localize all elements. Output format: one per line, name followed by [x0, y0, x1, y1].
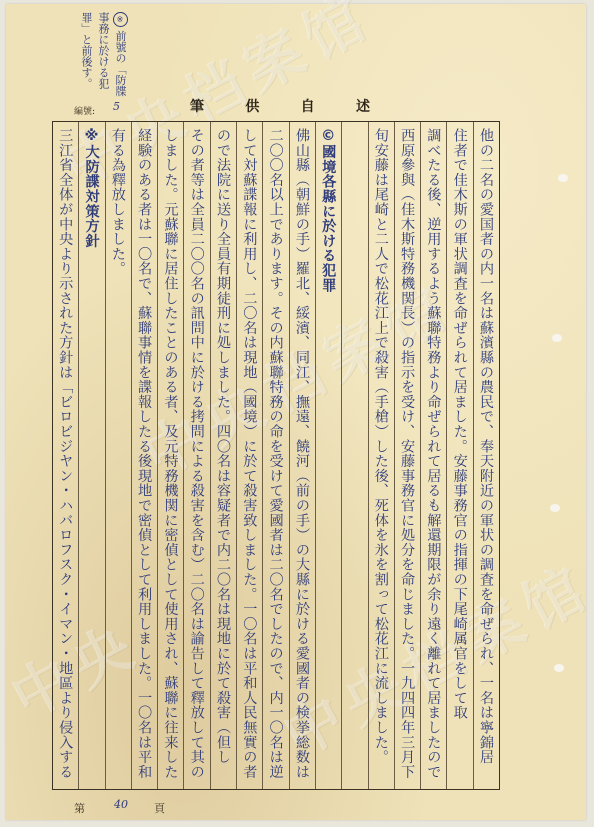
- title-char: 述: [356, 96, 370, 116]
- punch-hole: [552, 334, 562, 342]
- punch-hole: [550, 504, 560, 512]
- page-prefix: 第: [74, 800, 85, 816]
- manuscript-column: ©國境各縣に於ける犯罪: [315, 122, 341, 789]
- manuscript-column: しました。元蘇聯に居住したことのある者、及元特務機関に密偵として使用され、蘇聯に…: [157, 122, 183, 789]
- note-mark-icon: ※: [113, 12, 128, 27]
- manuscript-column: 有る為釋放しました。: [105, 122, 131, 789]
- manuscript-column: ※大防諜対策方針: [78, 122, 104, 789]
- page-title: 筆 供 自 述: [190, 96, 370, 116]
- manuscript-column: 調べたる後、逆用するよう蘇聯特務より命ぜられて居るも解還期限が余り遠く離れて居ま…: [420, 122, 446, 789]
- manuscript-column: ので法院に送り全員有期徒刑に処しました。四〇名は容疑者で内二〇名は現地に於て殺害…: [210, 122, 236, 789]
- manuscript-grid: 他の二名の愛国者の内一名は蘇濱縣の農民で、奉天附近の軍状の調査を命ぜられ、一名は…: [52, 121, 500, 790]
- manuscript-column: その者等は全員二〇〇名の訊問中に於ける拷問による殺害を含む）二〇名は諭告して釋放…: [183, 122, 209, 789]
- title-char: 自: [301, 96, 315, 116]
- manuscript-column: 三江省全体が中央より示された方針は「ビロビジヤン・ハバロフスク・イマン・地區より…: [53, 122, 78, 789]
- manuscript-column: 旬安藤は尾崎と二人で松花江上で殺害（手槍）した後、死体を氷を割って松花江に流しま…: [368, 122, 394, 789]
- manuscript-column: 佛山縣（朝鮮の手）羅北、綏濱、同江、撫遠、饒河（前の手）の大縣に於ける愛國者の検…: [289, 122, 315, 789]
- title-char: 供: [245, 96, 259, 116]
- serial-label: 編號:: [74, 104, 95, 117]
- page-suffix: 頁: [154, 800, 165, 816]
- manuscript-column: 二〇〇名以上であります。その内蘇聯特務の命を受けて愛國者は二〇名でしたので、内一…: [262, 122, 288, 789]
- page-number: 40: [114, 798, 128, 811]
- manuscript-column: 経験のある者は一〇名で、蘇聯事情を諜報したる後現地で密偵として利用しました。一〇…: [131, 122, 157, 789]
- manuscript-column: 住者で佳木斯の軍状調査を命ぜられて居ました。安藤事務官の指揮の下尾崎属官をして取: [446, 122, 472, 789]
- manuscript-column: して対蘇諜報に利用し、二〇名は現地（國境）に於て殺害致しました。一〇名は平和人民…: [236, 122, 262, 789]
- manuscript-column: [341, 122, 367, 789]
- punch-hole: [554, 664, 564, 672]
- punch-hole: [558, 174, 568, 182]
- manuscript-column: 他の二名の愛国者の内一名は蘇濱縣の農民で、奉天附近の軍状の調査を命ぜられ、一名は…: [473, 122, 499, 789]
- manuscript-column: 西原參與（佳木斯特務機関長）の指示を受け、安藤事務官に処分を命じました。一九四四…: [394, 122, 420, 789]
- margin-note: ※ 前號の「防牒事務に於ける犯罪」と前後す。: [78, 12, 129, 102]
- title-char: 筆: [190, 96, 204, 116]
- serial-value: 5: [113, 100, 120, 113]
